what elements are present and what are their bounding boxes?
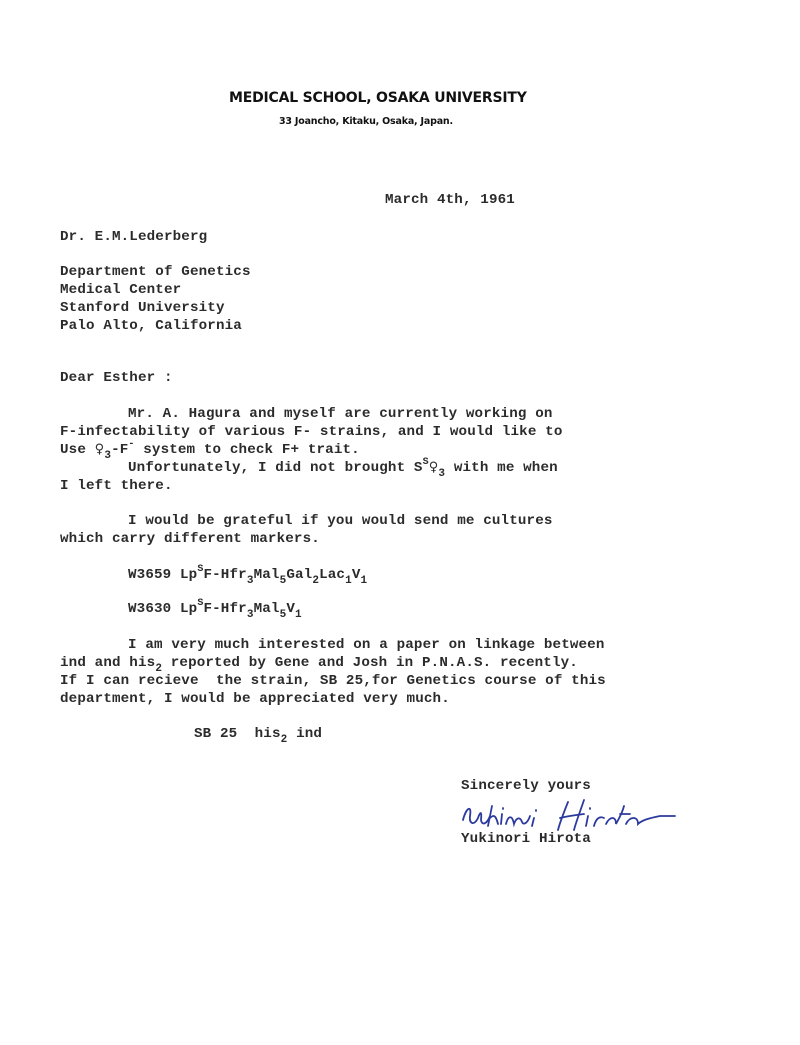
closing: Sincerely yours [461,777,591,795]
subscript: 1 [295,609,302,621]
strain-id: W3630 [128,601,171,617]
text: system to check F+ trait. [135,442,360,458]
letter-date: March 4th, 1961 [385,191,515,209]
text: Gal [286,567,312,583]
text: with me when [445,460,558,476]
subscript: 2 [281,734,288,746]
text: Lp [171,567,197,583]
text-line: ind and his2 reported by Gene and Josh i… [60,654,578,673]
subscript: 3 [438,468,445,480]
text: V [352,567,361,583]
text: Lac [319,567,345,583]
letterhead-institution: MEDICAL SCHOOL, OSAKA UNIVERSITY [229,90,527,106]
strain-line: W3659 LpSF-Hfr3Mal5Gal2Lac1V1 [128,566,367,586]
female-symbol-icon: ♀ [95,442,105,457]
subscript: 3 [247,575,254,587]
subscript: 3 [104,450,111,462]
recipient-name: Dr. E.M.Lederberg [60,228,207,246]
text: ind and his [60,655,155,671]
text: ind [287,726,322,742]
superscript: S [197,564,203,575]
text-line: which carry different markers. [60,530,320,548]
recipient-line: Medical Center [60,281,181,299]
letterhead-address: 33 Joancho, Kitaku, Osaka, Japan. [279,116,453,127]
text-line: Unfortunately, I did not brought SS♀3 wi… [128,459,558,479]
text-line: I am very much interested on a paper on … [128,636,605,654]
subscript: 5 [280,575,287,587]
text: Unfortunately, I did not brought S [128,460,423,476]
subscript: 5 [280,609,287,621]
text-line: If I can recieve the strain, SB 25,for G… [60,672,606,690]
subscript: 2 [312,575,319,587]
text: F-Hfr [203,601,246,617]
recipient-line: Department of Genetics [60,263,251,281]
text-line: F-infectability of various F- strains, a… [60,423,563,441]
text: Mal [254,601,280,617]
subscript: 1 [361,575,368,587]
strain-id: W3659 [128,567,171,583]
text: V [286,601,295,617]
signature-name: Yukinori Hirota [461,830,591,848]
text: SB 25 his [194,726,281,742]
text: reported by Gene and Josh in P.N.A.S. re… [162,655,578,671]
text: F-Hfr [203,567,246,583]
text: Mal [254,567,280,583]
subscript: 3 [247,609,254,621]
superscript: S [423,457,429,468]
text: -F [111,442,128,458]
text-line: Mr. A. Hagura and myself are currently w… [128,405,553,423]
superscript: S [197,598,203,609]
female-symbol-icon: ♀ [429,460,439,475]
text: Use [60,442,95,458]
recipient-line: Stanford University [60,299,225,317]
strain-line: W3630 LpSF-Hfr3Mal5V1 [128,600,302,620]
recipient-line: Palo Alto, California [60,317,242,335]
text: Lp [171,601,197,617]
text-line: I left there. [60,477,173,495]
strain-request: SB 25 his2 ind [194,725,322,744]
text-line: Use ♀3-F- system to check F+ trait. [60,441,360,461]
subscript: 1 [345,575,352,587]
text-line: department, I would be appreciated very … [60,690,450,708]
superscript: - [128,439,134,450]
text-line: I would be grateful if you would send me… [128,512,553,530]
salutation: Dear Esther : [60,369,173,387]
